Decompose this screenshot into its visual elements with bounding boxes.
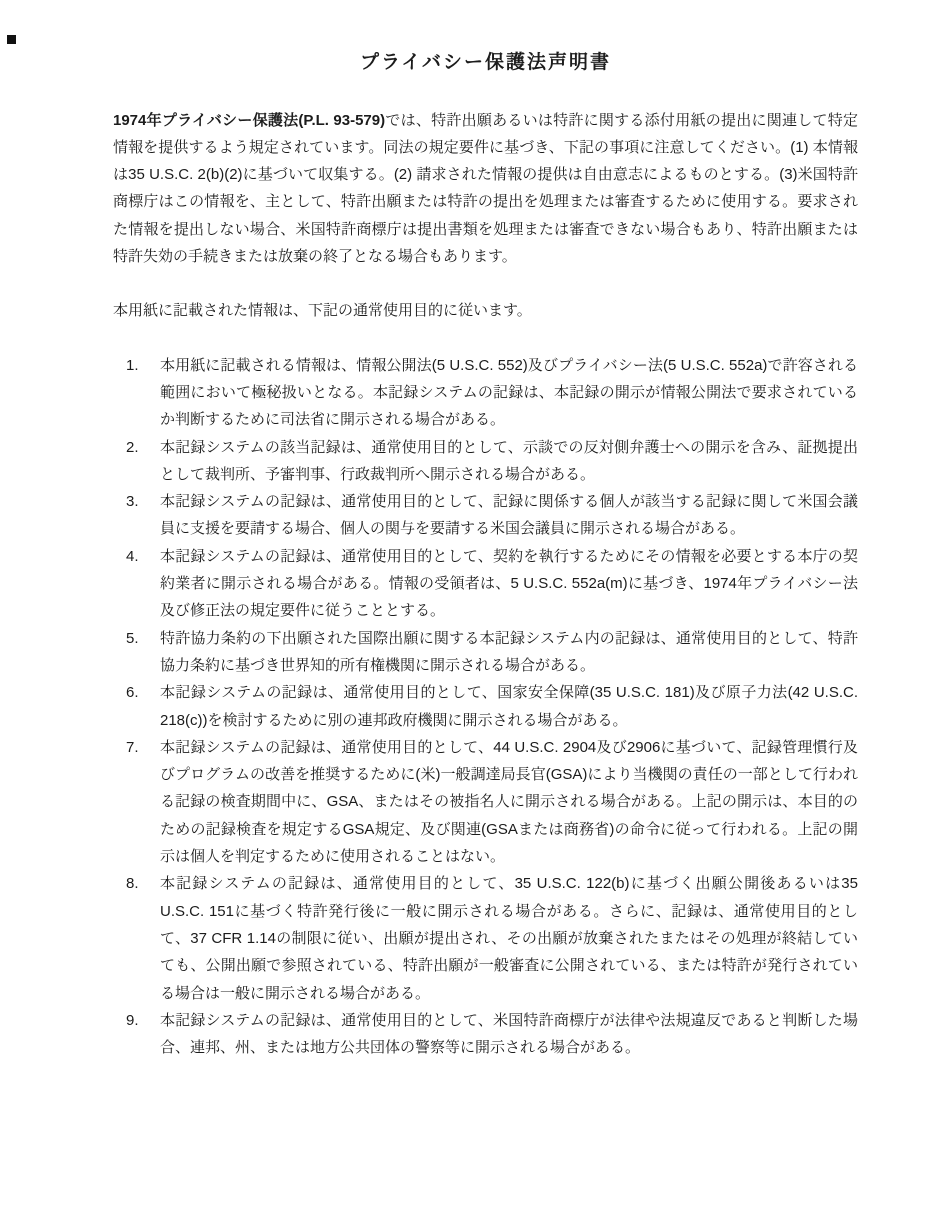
list-item-number: 2. [113,434,160,489]
list-item-text: 特許協力条約の下出願された国際出願に関する本記録システム内の記録は、通常使用目的… [160,625,858,680]
list-item-text: 本記録システムの記録は、通常使用目的として、国家安全保障(35 U.S.C. 1… [160,679,858,734]
list-item-text: 本記録システムの記録は、通常使用目的として、契約を執行するためにその情報を必要と… [160,543,858,625]
list-item: 2. 本記録システムの該当記録は、通常使用目的として、示談での反対側弁護士への開… [113,434,858,489]
list-item-number: 9. [113,1007,160,1062]
list-item: 6. 本記録システムの記録は、通常使用目的として、国家安全保障(35 U.S.C… [113,679,858,734]
list-item-text: 本記録システムの記録は、通常使用目的として、記録に関係する個人が該当する記録に関… [160,488,858,543]
list-item: 4. 本記録システムの記録は、通常使用目的として、契約を執行するためにその情報を… [113,543,858,625]
list-item: 3. 本記録システムの記録は、通常使用目的として、記録に関係する個人が該当する記… [113,488,858,543]
routine-uses-list: 1. 本用紙に記載される情報は、情報公開法(5 U.S.C. 552)及びプライ… [113,352,858,1062]
list-item-number: 6. [113,679,160,734]
privacy-act-statement-page: プライバシー保護法声明書 1974年プライバシー保護法(P.L. 93-579)… [0,0,950,1230]
page-title: プライバシー保護法声明書 [113,50,858,77]
list-item-number: 1. [113,352,160,434]
list-item: 7. 本記録システムの記録は、通常使用目的として、44 U.S.C. 2904及… [113,734,858,870]
list-item-number: 4. [113,543,160,625]
list-item-number: 8. [113,870,160,1006]
list-item-number: 3. [113,488,160,543]
intro-paragraph-text: では、特許出願あるいは特許に関する添付用紙の提出に関連して特定情報を提供するよう… [113,112,858,265]
list-item-text: 本記録システムの記録は、通常使用目的として、米国特許商標庁が法律や法規違反である… [160,1007,858,1062]
list-item: 8. 本記録システムの記録は、通常使用目的として、35 U.S.C. 122(b… [113,870,858,1006]
list-item-number: 7. [113,734,160,870]
list-item-text: 本用紙に記載される情報は、情報公開法(5 U.S.C. 552)及びプライバシー… [160,352,858,434]
list-item: 1. 本用紙に記載される情報は、情報公開法(5 U.S.C. 552)及びプライ… [113,352,858,434]
intro-paragraph: 1974年プライバシー保護法(P.L. 93-579)では、特許出願あるいは特許… [113,107,858,271]
list-item-text: 本記録システムの記録は、通常使用目的として、35 U.S.C. 122(b)に基… [160,870,858,1006]
list-item-text: 本記録システムの記録は、通常使用目的として、44 U.S.C. 2904及び29… [160,734,858,870]
list-item: 5. 特許協力条約の下出願された国際出願に関する本記録システム内の記録は、通常使… [113,625,858,680]
list-item: 9. 本記録システムの記録は、通常使用目的として、米国特許商標庁が法律や法規違反… [113,1007,858,1062]
routine-use-intro: 本用紙に記載された情報は、下記の通常使用目的に従います。 [113,297,858,324]
scan-artifact-mark [7,35,16,44]
list-item-text: 本記録システムの該当記録は、通常使用目的として、示談での反対側弁護士への開示を含… [160,434,858,489]
list-item-number: 5. [113,625,160,680]
intro-lead-bold: 1974年プライバシー保護法(P.L. 93-579) [113,112,385,129]
